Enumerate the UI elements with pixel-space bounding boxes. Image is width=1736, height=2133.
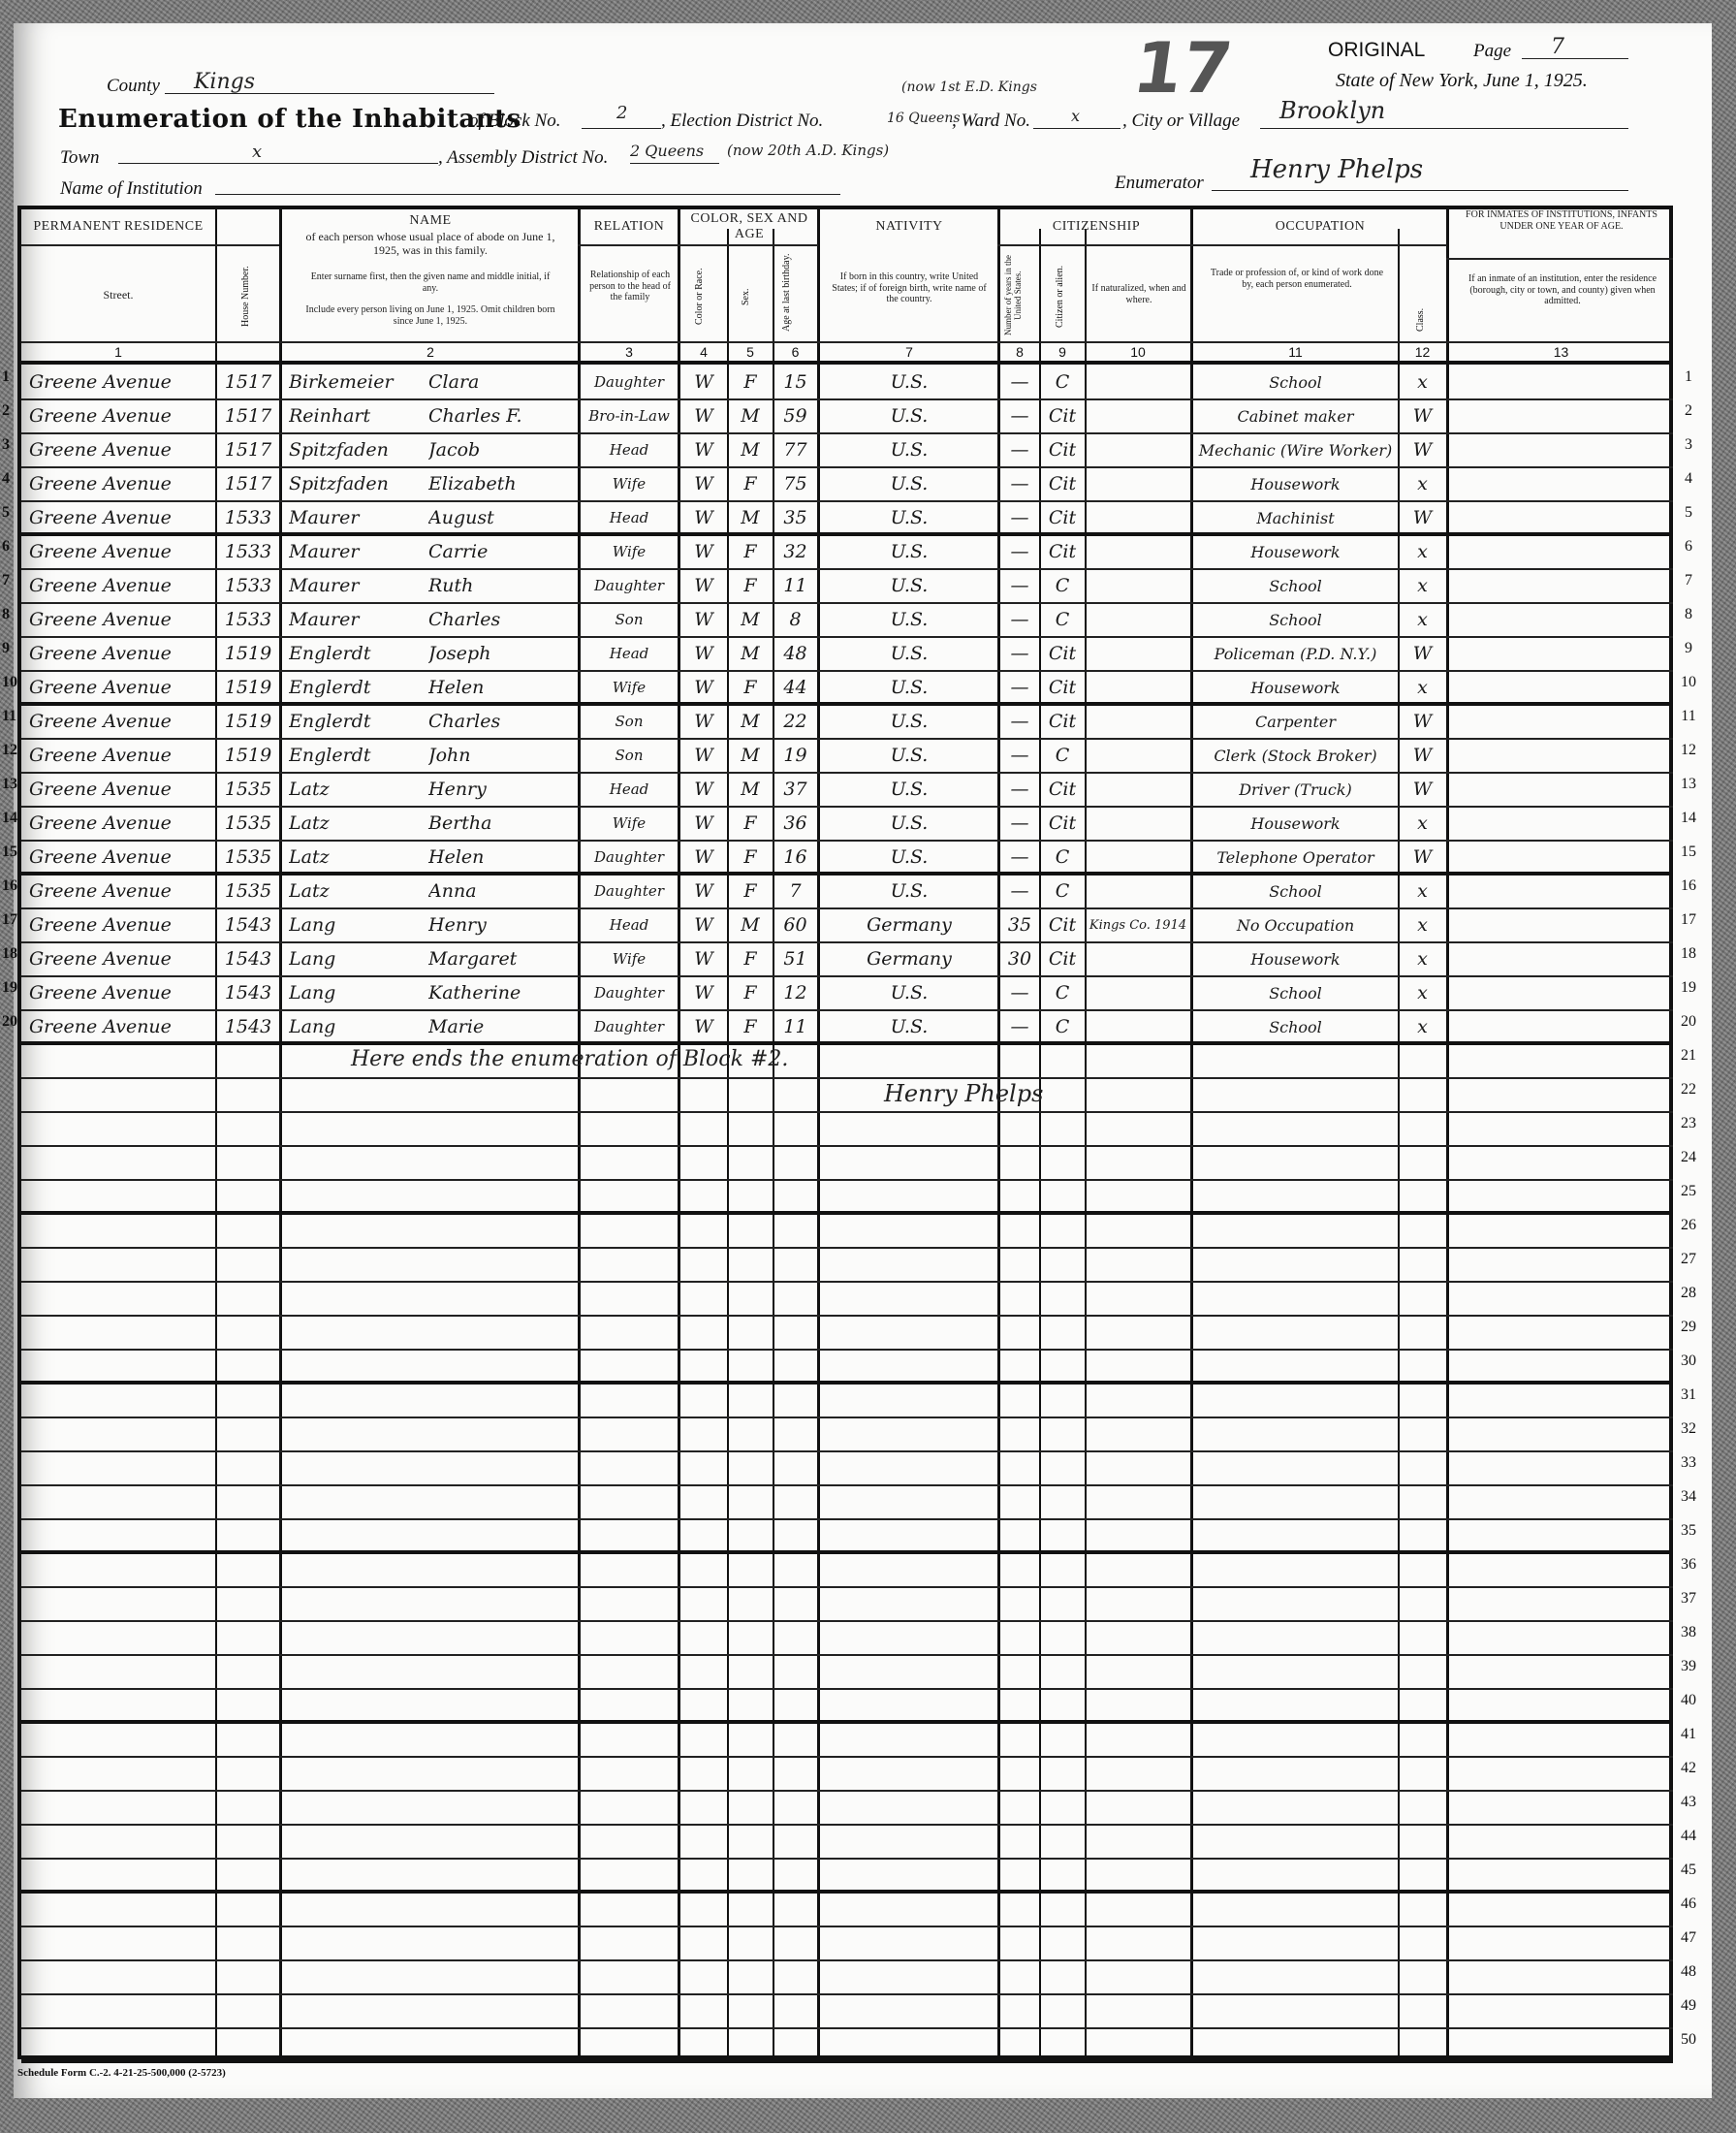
house-cell: 1533 [217,570,279,602]
colnum-11: 11 [1193,344,1398,360]
row-number: 11 [1675,708,1702,725]
occupation-cell: Housework [1193,808,1398,840]
age-cell: 77 [773,434,817,466]
assembly-value: 2 Queens [630,142,704,160]
row-number: 17 [1675,911,1702,929]
row-number: 29 [1675,1319,1702,1336]
nativity-cell: U.S. [820,977,998,1009]
row-number: 20 [1675,1013,1702,1031]
nativity-cell: U.S. [820,434,998,466]
stamp-number: 17 [1128,27,1237,109]
sex-cell: F [728,468,773,500]
row-number: 26 [1675,1217,1702,1234]
citizen-cell: Cit [1040,774,1085,806]
color-cell: W [680,875,727,907]
surname-cell: Maurer [289,570,415,602]
given-name-cell: Margaret [428,943,578,975]
row-number-left: 14 [2,810,17,827]
colnum-9: 9 [1040,344,1085,360]
class-cell: x [1399,808,1446,840]
election-district-value: 16 Queens [887,111,961,126]
row-number: 33 [1675,1454,1702,1472]
table-row: Greene Avenue 1519 Englerdt John Son W M… [21,738,1669,772]
years-cell: — [1000,366,1039,398]
occupation-cell: Carpenter [1193,706,1398,738]
age-cell: 11 [773,570,817,602]
row-number: 27 [1675,1251,1702,1268]
house-cell: 1535 [217,808,279,840]
row-divider [21,1959,1673,1961]
row-number: 15 [1675,844,1702,861]
nativity-cell: U.S. [820,875,998,907]
naturalized-cell [1086,570,1190,602]
colnum-8: 8 [1000,344,1039,360]
naturalized-cell [1086,875,1190,907]
sex-cell: M [728,400,773,432]
relation-cell: Daughter [582,977,677,1009]
table-row: Greene Avenue 1517 Spitzfaden Jacob Head… [21,432,1669,466]
row-number: 22 [1675,1081,1702,1098]
state-date: State of New York, June 1, 1925. [1336,70,1588,92]
class-cell: x [1399,909,1446,941]
class-cell: x [1399,1011,1446,1043]
row-number: 10 [1675,674,1702,691]
occupation-cell: Driver (Truck) [1193,774,1398,806]
header-name-desc: of each person whose usual place of abod… [295,231,566,258]
row-divider [21,1756,1673,1758]
colnum-2: 2 [283,344,578,360]
citizen-cell: Cit [1040,468,1085,500]
row-divider [21,1381,1673,1385]
row-number: 2 [1675,402,1702,420]
surname-cell: Englerdt [289,672,415,704]
color-cell: W [680,842,727,874]
header-nativity: NATIVITY [820,219,998,235]
citizen-cell: Cit [1040,536,1085,568]
surname-cell: Spitzfaden [289,468,415,500]
street-cell: Greene Avenue [29,604,213,636]
table-row: Greene Avenue 1519 Englerdt Helen Wife W… [21,670,1669,704]
citizen-cell: Cit [1040,434,1085,466]
street-cell: Greene Avenue [29,434,213,466]
naturalized-cell [1086,943,1190,975]
header-relation: RELATION [581,219,678,235]
years-cell: — [1000,842,1039,874]
color-cell: W [680,604,727,636]
block-value: 2 [616,103,627,123]
row-number: 45 [1675,1862,1702,1879]
citizen-cell: Cit [1040,943,1085,975]
header-occupation: OCCUPATION [1193,219,1447,235]
house-cell: 1533 [217,604,279,636]
given-name-cell: Henry [428,774,578,806]
house-cell: 1533 [217,502,279,534]
class-cell: x [1399,604,1446,636]
street-cell: Greene Avenue [29,502,213,534]
years-cell: — [1000,468,1039,500]
class-cell: W [1399,740,1446,772]
years-cell: 35 [1000,909,1039,941]
given-name-cell: Bertha [428,808,578,840]
naturalized-cell [1086,434,1190,466]
colnum-10: 10 [1086,344,1190,360]
sex-cell: F [728,366,773,398]
row-number: 47 [1675,1929,1702,1947]
class-cell: W [1399,400,1446,432]
town-value: x [252,142,262,162]
row-divider [21,1824,1673,1826]
ward-value: x [1071,107,1080,125]
table-row: Greene Avenue 1517 Birkemeier Clara Daug… [21,365,1669,398]
years-cell: — [1000,604,1039,636]
color-cell: W [680,536,727,568]
row-divider [21,1315,1673,1317]
occupation-cell: Mechanic (Wire Worker) [1193,434,1398,466]
given-name-cell: Henry [428,909,578,941]
age-cell: 12 [773,977,817,1009]
surname-cell: Lang [289,977,415,1009]
given-name-cell: Joseph [428,638,578,670]
years-cell: — [1000,706,1039,738]
citizen-cell: Cit [1040,502,1085,534]
header-name-instr1: Enter surname first, then the given name… [302,271,558,294]
sex-cell: F [728,842,773,874]
citizen-cell: Cit [1040,638,1085,670]
row-divider [21,1620,1673,1622]
row-divider [21,1790,1673,1792]
surname-cell: Latz [289,875,415,907]
surname-cell: Lang [289,943,415,975]
street-cell: Greene Avenue [29,909,213,941]
row-number-left: 9 [2,640,10,657]
row-number: 43 [1675,1794,1702,1811]
sex-cell: M [728,604,773,636]
age-cell: 48 [773,638,817,670]
nativity-cell: U.S. [820,740,998,772]
row-number-left: 4 [2,470,10,488]
row-number-left: 15 [2,844,17,861]
age-cell: 22 [773,706,817,738]
street-cell: Greene Avenue [29,943,213,975]
row-number-left: 16 [2,877,17,895]
occupation-cell: Machinist [1193,502,1398,534]
sex-cell: F [728,536,773,568]
surname-cell: Lang [289,1011,415,1043]
election-district-label: , Election District No. [661,111,823,132]
street-cell: Greene Avenue [29,366,213,398]
years-cell: — [1000,672,1039,704]
street-cell: Greene Avenue [29,808,213,840]
citizen-cell: C [1040,977,1085,1009]
surname-cell: Englerdt [289,706,415,738]
row-number-left: 19 [2,979,17,997]
row-number: 44 [1675,1828,1702,1845]
color-cell: W [680,434,727,466]
colnum-5: 5 [728,344,773,360]
row-number: 40 [1675,1692,1702,1709]
color-cell: W [680,400,727,432]
row-divider [21,2059,1673,2063]
row-number-left: 5 [2,504,10,522]
naturalized-cell [1086,536,1190,568]
given-name-cell: Helen [428,672,578,704]
surname-cell: Spitzfaden [289,434,415,466]
header-color: Color or Race. [694,256,705,337]
header-institutions-desc: If an inmate of an institution, enter th… [1456,273,1669,307]
color-cell: W [680,943,727,975]
naturalized-cell [1086,502,1190,534]
relation-cell: Wife [582,468,677,500]
class-cell: W [1399,706,1446,738]
county-label: County [107,76,160,97]
years-cell: — [1000,570,1039,602]
row-number: 1 [1675,368,1702,386]
naturalized-cell [1086,774,1190,806]
given-name-cell: Katherine [428,977,578,1009]
color-cell: W [680,502,727,534]
sex-cell: F [728,1011,773,1043]
relation-cell: Head [582,638,677,670]
class-cell: x [1399,672,1446,704]
house-cell: 1543 [217,977,279,1009]
row-number: 16 [1675,877,1702,895]
age-cell: 60 [773,909,817,941]
nativity-cell: U.S. [820,774,998,806]
relation-cell: Bro-in-Law [582,400,677,432]
occupation-cell: Clerk (Stock Broker) [1193,740,1398,772]
table-row: Greene Avenue 1517 Spitzfaden Elizabeth … [21,466,1669,500]
row-divider [21,1145,1673,1147]
years-cell: — [1000,536,1039,568]
occupation-cell: School [1193,604,1398,636]
row-number: 24 [1675,1149,1702,1166]
given-name-cell: Anna [428,875,578,907]
class-cell: x [1399,366,1446,398]
house-cell: 1517 [217,400,279,432]
table-row: Greene Avenue 1543 Lang Margaret Wife W … [21,941,1669,975]
row-divider [21,1077,1673,1079]
nativity-cell: U.S. [820,366,998,398]
town-label: Town [60,147,100,169]
relation-cell: Daughter [582,875,677,907]
assembly-note: (now 20th A.D. Kings) [727,142,889,159]
house-cell: 1535 [217,875,279,907]
sex-cell: M [728,774,773,806]
row-number: 39 [1675,1658,1702,1675]
table-row: Greene Avenue 1533 Maurer August Head W … [21,500,1669,534]
row-number: 34 [1675,1488,1702,1506]
surname-cell: Maurer [289,536,415,568]
relation-cell: Son [582,740,677,772]
age-cell: 8 [773,604,817,636]
surname-cell: Latz [289,842,415,874]
row-number-left: 20 [2,1013,17,1031]
street-cell: Greene Avenue [29,740,213,772]
given-name-cell: Ruth [428,570,578,602]
years-cell: — [1000,875,1039,907]
nativity-cell: U.S. [820,468,998,500]
row-number-left: 17 [2,911,17,929]
relation-cell: Head [582,909,677,941]
row-number: 6 [1675,538,1702,556]
age-cell: 32 [773,536,817,568]
row-divider [21,1993,1673,1995]
color-cell: W [680,808,727,840]
row-number: 41 [1675,1726,1702,1743]
given-name-cell: August [428,502,578,534]
given-name-cell: Charles F. [428,400,578,432]
citizen-cell: C [1040,604,1085,636]
nativity-cell: Germany [820,909,998,941]
relation-cell: Daughter [582,366,677,398]
row-divider [21,1281,1673,1283]
row-number: 12 [1675,742,1702,759]
given-name-cell: Charles [428,604,578,636]
nativity-cell: U.S. [820,706,998,738]
occupation-cell: Housework [1193,672,1398,704]
citizen-cell: C [1040,366,1085,398]
citizen-cell: Cit [1040,672,1085,704]
sex-cell: M [728,706,773,738]
house-cell: 1519 [217,672,279,704]
relation-cell: Daughter [582,570,677,602]
row-number: 46 [1675,1895,1702,1913]
years-cell: — [1000,740,1039,772]
nativity-cell: U.S. [820,604,998,636]
election-district-note: (now 1st E.D. Kings [901,80,1037,95]
sex-cell: M [728,434,773,466]
class-cell: W [1399,842,1446,874]
row-divider [21,1890,1673,1894]
age-cell: 37 [773,774,817,806]
relation-cell: Head [582,774,677,806]
occupation-cell: School [1193,977,1398,1009]
row-divider [21,1654,1673,1656]
color-cell: W [680,366,727,398]
class-cell: x [1399,875,1446,907]
county-value: Kings [194,70,255,94]
row-divider [21,1111,1673,1113]
row-number: 9 [1675,640,1702,657]
years-cell: — [1000,638,1039,670]
sex-cell: F [728,672,773,704]
house-cell: 1535 [217,774,279,806]
header-occupation-desc: Trade or profession of, or kind of work … [1208,268,1386,290]
street-cell: Greene Avenue [29,875,213,907]
relation-cell: Daughter [582,1011,677,1043]
occupation-cell: Cabinet maker [1193,400,1398,432]
age-cell: 75 [773,468,817,500]
row-divider [21,1417,1673,1418]
relation-cell: Head [582,434,677,466]
nativity-cell: U.S. [820,1011,998,1043]
street-cell: Greene Avenue [29,977,213,1009]
house-cell: 1543 [217,1011,279,1043]
row-number: 37 [1675,1590,1702,1608]
row-divider [21,1858,1673,1860]
years-cell: — [1000,774,1039,806]
color-cell: W [680,706,727,738]
header-name: NAME [283,213,578,229]
age-cell: 11 [773,1011,817,1043]
years-cell: — [1000,977,1039,1009]
table-row: Greene Avenue 1543 Lang Katherine Daught… [21,975,1669,1009]
row-number-left: 3 [2,436,10,454]
nativity-cell: U.S. [820,536,998,568]
surname-cell: Lang [289,909,415,941]
row-number: 30 [1675,1353,1702,1370]
years-cell: 30 [1000,943,1039,975]
house-cell: 1517 [217,434,279,466]
street-cell: Greene Avenue [29,468,213,500]
enumerator-label: Enumerator [1115,173,1204,194]
house-cell: 1519 [217,638,279,670]
naturalized-cell [1086,740,1190,772]
header-permanent-residence: PERMANENT RESIDENCE [21,219,215,235]
color-cell: W [680,468,727,500]
row-number: 21 [1675,1047,1702,1065]
occupation-cell: School [1193,1011,1398,1043]
relation-cell: Wife [582,672,677,704]
row-number: 50 [1675,2031,1702,2049]
header-color-sex-age: COLOR, SEX AND AGE [680,211,818,242]
row-number-left: 1 [2,368,10,386]
naturalized-cell [1086,977,1190,1009]
colnum-7: 7 [820,344,998,360]
street-cell: Greene Avenue [29,570,213,602]
street-cell: Greene Avenue [29,774,213,806]
row-number: 19 [1675,979,1702,997]
sex-cell: M [728,740,773,772]
street-cell: Greene Avenue [29,1011,213,1043]
occupation-cell: Policeman (P.D. N.Y.) [1193,638,1398,670]
citizen-cell: Cit [1040,808,1085,840]
naturalized-cell [1086,400,1190,432]
row-number-left: 8 [2,606,10,623]
house-cell: 1519 [217,706,279,738]
header-naturalized: If naturalized, when and where. [1088,283,1190,305]
header-relation-desc: Relationship of each person to the head … [585,270,675,303]
surname-cell: Englerdt [289,638,415,670]
color-cell: W [680,672,727,704]
table-row: Greene Avenue 1543 Lang Marie Daughter W… [21,1009,1669,1043]
table-row: Greene Avenue 1533 Maurer Carrie Wife W … [21,534,1669,568]
citizen-cell: Cit [1040,706,1085,738]
house-cell: 1535 [217,842,279,874]
relation-cell: Son [582,706,677,738]
table-row: Greene Avenue 1543 Lang Henry Head W M 6… [21,907,1669,941]
institution-label: Name of Institution [60,178,203,200]
house-cell: 1519 [217,740,279,772]
table-row: Greene Avenue 1519 Englerdt Charles Son … [21,704,1669,738]
citizen-cell: C [1040,875,1085,907]
row-divider [21,1211,1673,1215]
years-cell: — [1000,1011,1039,1043]
occupation-cell: Housework [1193,468,1398,500]
header-citizen-or-alien: Citizen or alien. [1055,256,1065,337]
form-title: Enumeration of the Inhabitants [58,105,521,134]
row-divider [21,1484,1673,1486]
table-row: Greene Avenue 1535 Latz Bertha Wife W F … [21,806,1669,840]
surname-cell: Birkemeier [289,366,415,398]
header-age: Age at last birthday. [781,252,808,334]
surname-cell: Maurer [289,604,415,636]
years-cell: — [1000,400,1039,432]
colnum-13: 13 [1449,344,1673,360]
nativity-cell: U.S. [820,672,998,704]
row-divider [21,1179,1673,1181]
copy-label: ORIGINAL [1328,39,1425,62]
